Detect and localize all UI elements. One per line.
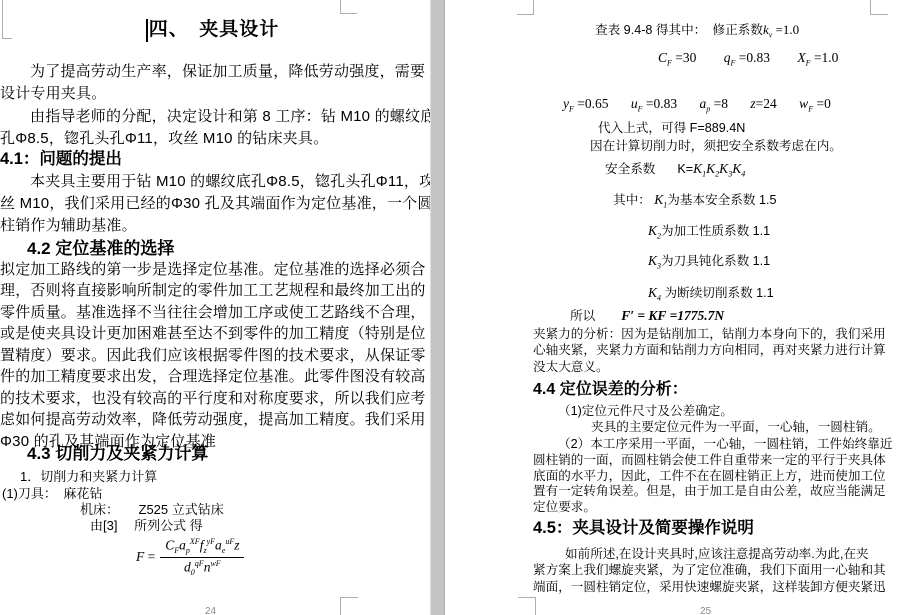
formula-equals: = (148, 549, 156, 564)
paragraph-line: 圆柱销的一面，而圆柱销会使工件自重带来一定的平行于夹具体 (533, 453, 886, 469)
text-boundary-mark (340, 13, 357, 14)
paragraph-line: 柱销作为辅助基准。 (0, 217, 137, 236)
k3-definition-line: K3为刀具钝化系数 1.1 (648, 253, 770, 272)
text-boundary-mark (870, 14, 888, 15)
document-two-page-view: 四、 夹具设计 为了提高劳动生产率，保证加工质量，降低劳动强度，需要 设计专用夹… (0, 0, 923, 615)
formula-denominator: d0qFnwF (160, 558, 244, 578)
paragraph-line: 为了提高劳动生产率，保证加工质量，降低劳动强度，需要 (30, 63, 425, 82)
cutting-force-formula: F =CFapXFfzyFaeuFzd0qFnwF (136, 537, 244, 578)
paragraph-line: 底面的水平力，因此，工件不在在圆柱销正上方，进而使加工位 (533, 469, 886, 485)
text-boundary-mark (340, 597, 341, 615)
formula-numerator: CFapXFfzyFaeuFz (160, 537, 244, 558)
paragraph-line: 零件质量。基准选择不当往往会增加工序或使工艺路线不合理， (0, 304, 426, 323)
text-boundary-mark (533, 0, 534, 14)
coefficient-row-2: yF =0.65 uF =0.83 ap =8 z=24 wF =0 (563, 96, 850, 115)
text-boundary-mark (2, 38, 12, 39)
page-number-left: 24 (205, 606, 216, 615)
paragraph-line: 由指导老师的分配，决定设计和第 8 工序：钻 M10 的螺纹底 (30, 108, 435, 127)
paragraph-line: （2）本工序采用一平面，一心轴，一圆柱销，工件始终靠近 (558, 437, 892, 453)
section-heading-4-2: 4.2 定位基准的选择 (27, 238, 174, 259)
paragraph-line: 心轴夹紧，夹紧力方面和钻削力方向相同，再对夹紧力进行计算 (533, 343, 886, 359)
list-item: 夹具的主要定位元件为一平面，一心轴，一圆柱销。 (591, 420, 881, 436)
section-heading-4-1: 4.1：问题的提出 (0, 149, 122, 170)
text-boundary-mark (870, 0, 871, 14)
paragraph-line: 拟定加工路线的第一步是选择定位基准。定位基准的选择必须合 (0, 261, 426, 280)
coefficient-row-1: CF =30 qF =0.83 XF =1.0 (658, 50, 862, 69)
formula-lhs: F (136, 549, 144, 564)
calc-line: 机床： Z525 立式钻床 (80, 502, 224, 518)
safety-factor-line: 安全系数K=K1K2K3K4 (605, 161, 745, 180)
paragraph-line: 丝 M10，我们采用已经的Φ30 孔及其端面作为定位基准，一个圆 (0, 195, 433, 214)
paragraph-line: 理，否则将直接影响所制定的零件加工工艺规程和最终加工出的 (0, 282, 426, 301)
paragraph-line: 或是使夹具设计更加困难甚至达不到零件的加工精度（特别是位 (0, 325, 426, 344)
paragraph-line: 虑如何提高劳动效率，降低劳动强度，提高加工精度。我们采用 (0, 411, 426, 430)
paragraph-line: 夹紧力的分析：因为是钻削加工，钻削力本身向下的，我们采用 (533, 327, 886, 343)
text-boundary-mark (535, 597, 536, 615)
section-heading-4-3: 4.3 切削力及夹紧力计算 (27, 443, 208, 464)
section-heading-4-5: 4.5：夹具设计及简要操作说明 (533, 518, 754, 539)
paragraph-line: 端面，一圆柱销定位，采用快速螺旋夹紧，这样装卸方便夹紧迅 (533, 580, 886, 596)
k4-definition-line: K4 为断续切削系数 1.1 (648, 285, 774, 304)
text-boundary-mark (518, 597, 536, 598)
paragraph-line: 的技术要求，也没有较高的平行度和对称度要求，所以我们应考 (0, 390, 426, 409)
paragraph-line: 孔Φ8.5，锪孔头孔Φ11，攻丝 M10 的钻床夹具。 (0, 130, 328, 149)
paragraph-line: 紧方案上我们螺旋夹紧，为了定位准确，我们下面用一心轴和其 (533, 563, 886, 579)
paragraph-line: 件的加工精度要求出发，合理选择定位基准。此零件图没有较高 (0, 368, 426, 387)
paragraph-line: 本夹具主要用于钻 M10 的螺纹底孔Φ8.5，锪孔头孔Φ11，攻 (30, 173, 434, 192)
calc-line: 1．切削力和夹紧力计算 (20, 469, 157, 485)
paragraph-line: 置有一定转角误差。但是，由于加工是自由公差，故应当能满足 (533, 484, 886, 500)
list-item: （1)定位元件尺寸及公差确定。 (558, 404, 733, 420)
paragraph-line: 设计专用夹具。 (0, 85, 106, 104)
page-gap (430, 0, 445, 615)
calc-line: (1)刀具： 麻花钻 (2, 486, 102, 502)
text-boundary-mark (517, 14, 534, 15)
section-heading-4-4: 4.4 定位误差的分析： (533, 380, 688, 400)
text-boundary-mark (2, 0, 3, 38)
conclusion-force-line: 所以F′ = KF =1775.7N (570, 308, 724, 325)
substitution-result-line: 代入上式，可得 F=889.4N (598, 121, 745, 137)
chapter-title: 四、 夹具设计 (0, 18, 428, 42)
page-number-right: 25 (700, 606, 711, 615)
k1-definition-line: 其中： K1为基本安全系数 1.5 (613, 192, 776, 211)
paragraph-line: 如前所述,在设计夹具时,应该注意提高劳动率.为此,在夹 (565, 547, 869, 563)
paragraph-line: 定位要求。 (533, 500, 596, 516)
safety-note-line: 因在计算切削力时，须把安全系数考虑在内。 (590, 139, 842, 155)
text-boundary-mark (340, 597, 358, 598)
calc-line: 由[3] 所列公式 得 (90, 518, 203, 534)
page-left[interactable]: 四、 夹具设计 为了提高劳动生产率，保证加工质量，降低劳动强度，需要 设计专用夹… (0, 0, 430, 615)
check-table-line: 查表 9.4-8 得其中： 修正系数kv =1.0 (595, 22, 799, 41)
k2-definition-line: K2为加工性质系数 1.1 (648, 223, 770, 242)
formula-fraction: CFapXFfzyFaeuFzd0qFnwF (160, 537, 244, 578)
text-boundary-mark (340, 0, 341, 13)
paragraph-line: 置精度）要求。因此我们应该根据零件图的技术要求，从保证零 (0, 347, 426, 366)
text-cursor (146, 19, 148, 42)
paragraph-line: 没太大意义。 (533, 360, 609, 376)
